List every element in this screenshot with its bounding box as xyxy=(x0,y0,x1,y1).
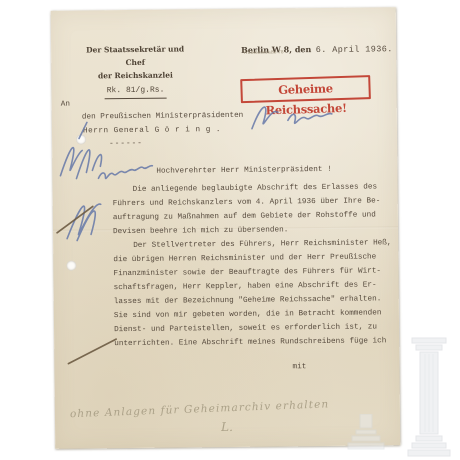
handwritten-archive-note: ohne Anlagen für Geheimarchiv erhalten xyxy=(70,398,330,420)
blue-paraph-upper xyxy=(60,147,102,178)
salutation: Hochverehrter Herr Ministerpräsident ! xyxy=(156,166,331,176)
recipient-line1: den Preußischen Ministerpräsidenten xyxy=(82,112,244,122)
secret-stamp: Geheime Reichssache! xyxy=(240,75,371,103)
recipient-underline: ------ xyxy=(109,140,143,148)
column-watermark-icon xyxy=(346,414,386,450)
letterhead: Der Staatssekretär und Chef der Reichska… xyxy=(79,42,192,99)
dateline-date: 6. April 1936. xyxy=(316,44,393,55)
pencil-diagonal-stroke-lower xyxy=(68,339,116,364)
scan-background: Der Staatssekretär und Chef der Reichska… xyxy=(0,0,460,460)
catchword: mit xyxy=(292,363,306,371)
body-paragraph-1: Die anliegende beglaubigte Abschrift des… xyxy=(113,180,396,239)
blue-marginal-word xyxy=(98,166,152,179)
file-reference: Rk. 81/g.Rs. xyxy=(105,84,167,100)
recipient-line2: Herrn General G ö r i n g . xyxy=(83,126,221,135)
letterhead-street: Wilhelmstraße 78 xyxy=(243,50,284,55)
punch-hole xyxy=(76,134,86,144)
letterhead-line1: Der Staatssekretär und Chef xyxy=(79,42,191,69)
recipient-an: An xyxy=(61,101,70,109)
column-watermark-icon xyxy=(402,336,456,458)
blue-paraph-lower xyxy=(67,204,101,241)
body-paragraph-2: Der Stellvertreter des Führers, Herr Rei… xyxy=(113,236,396,351)
handwritten-initial: L. xyxy=(221,420,233,434)
letterhead-line2: der Reichskanzlei xyxy=(79,68,191,82)
document-page: Der Staatssekretär und Chef der Reichska… xyxy=(51,7,401,449)
punch-hole xyxy=(66,261,76,271)
